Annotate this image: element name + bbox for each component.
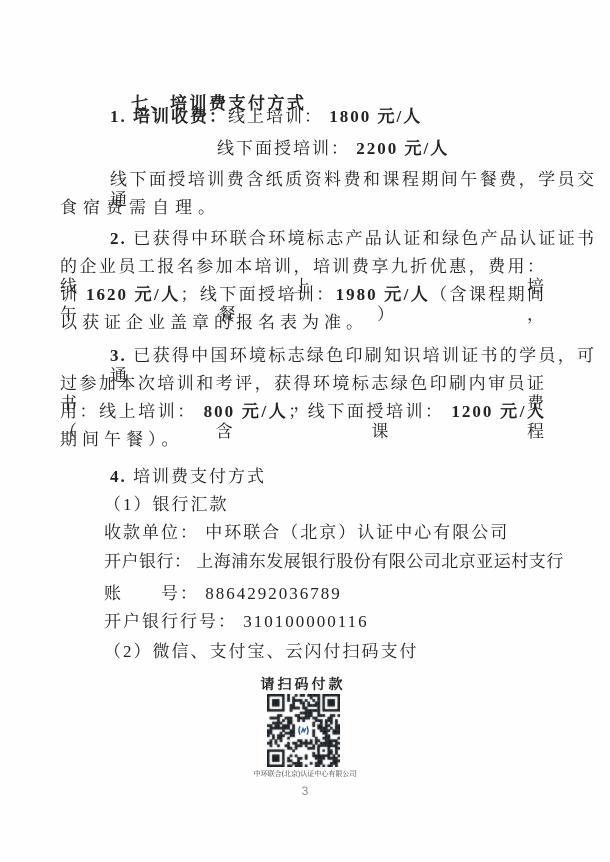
item3-text-3a: 用：线上培训： (60, 402, 204, 421)
item3-text-4: 期间午餐）。 (60, 430, 184, 449)
qr-code (267, 694, 340, 767)
offline-training-label: 线下面授培训： (217, 139, 356, 158)
qr-caption: 中环联合(北京)认证中心有限公司 (0, 769, 610, 779)
qr-caption-text: 中环联合(北京)认证中心有限公司 (254, 771, 357, 778)
item2-text-3c: ；线下面授培训： (181, 285, 336, 304)
qr-center-logo (296, 723, 311, 738)
bank-text: 开户银行： 上海浦东发展银行股份有限公司北京亚运村支行 (104, 552, 564, 571)
document-page: 七、培训费支付方式 1. 培训收费：线上培训： 1800 元/人 线下面授培训：… (0, 0, 610, 862)
bank-line: 开户银行： 上海浦东发展银行股份有限公司北京亚运村支行 (60, 552, 590, 572)
qr-scan-title: 请扫码付款 (60, 674, 546, 694)
fee-line-online: 1. 培训收费：线上培训： 1800 元/人 (60, 107, 596, 127)
auditor-online-price: 800 元/人 (204, 402, 289, 421)
item2-line-1: 2. 已获得中环联合环境标志产品认证和绿色产品认证证书 (60, 229, 596, 249)
item4-title: 培训费支付方式 (133, 467, 266, 486)
offline-training-price: 2200 元/人 (356, 139, 449, 158)
payment-method-2-text: （2）微信、支付宝、云闪付扫码支付 (104, 642, 419, 661)
page-number-text: 3 (302, 784, 309, 798)
item3-number: 3. (110, 346, 133, 365)
auditor-offline-price: 1200 元/人 (451, 402, 546, 421)
payment-method-2: （2）微信、支付宝、云闪付扫码支付 (60, 642, 590, 662)
fee-line-offline: 线下面授培训： 2200 元/人 (60, 139, 610, 159)
item3-line-4: 期间午餐）。 (60, 430, 546, 450)
item2-text-3a: 训 (60, 285, 86, 304)
note-line-2: 食宿费需自理。 (60, 198, 546, 218)
item2-line-4: 以获证企业盖章的报名表为准。 (60, 313, 546, 333)
discount-offline-price: 1980 元/人 (336, 285, 431, 304)
item4-number: 4. (110, 467, 133, 486)
payment-method-1: （1）银行汇款 (60, 495, 590, 515)
item2-text-1: 已获得中环联合环境标志产品认证和绿色产品认证证书 (133, 229, 596, 248)
fee-item-number: 1. (110, 107, 133, 126)
payment-method-1-text: （1）银行汇款 (104, 495, 229, 514)
payee-text: 收款单位： 中环联合（北京）认证中心有限公司 (104, 523, 509, 542)
cec-logo-icon (297, 724, 310, 737)
account-number-text: 账 号： 8864292036789 (104, 584, 342, 603)
item4-title-line: 4. 培训费支付方式 (60, 467, 596, 487)
fee-label: 培训收费： (133, 107, 228, 126)
item3-text-3c: ；线下面授培训： (288, 402, 451, 421)
qr-scan-title-text: 请扫码付款 (261, 676, 346, 692)
online-training-label: 线上培训： (228, 107, 329, 126)
payee-line: 收款单位： 中环联合（北京）认证中心有限公司 (60, 523, 590, 543)
item2-number: 2. (110, 229, 133, 248)
discount-online-price: 1620 元/人 (86, 285, 181, 304)
bank-code-text: 开户银行行号： 310100000116 (104, 612, 369, 631)
bank-code-line: 开户银行行号： 310100000116 (60, 612, 590, 632)
page-number: 3 (0, 784, 610, 798)
item2-text-4: 以获证企业盖章的报名表为准。 (60, 313, 368, 332)
note-text-2: 食宿费需自理。 (60, 198, 221, 217)
account-number-line: 账 号： 8864292036789 (60, 584, 590, 604)
online-training-price: 1800 元/人 (329, 107, 422, 126)
